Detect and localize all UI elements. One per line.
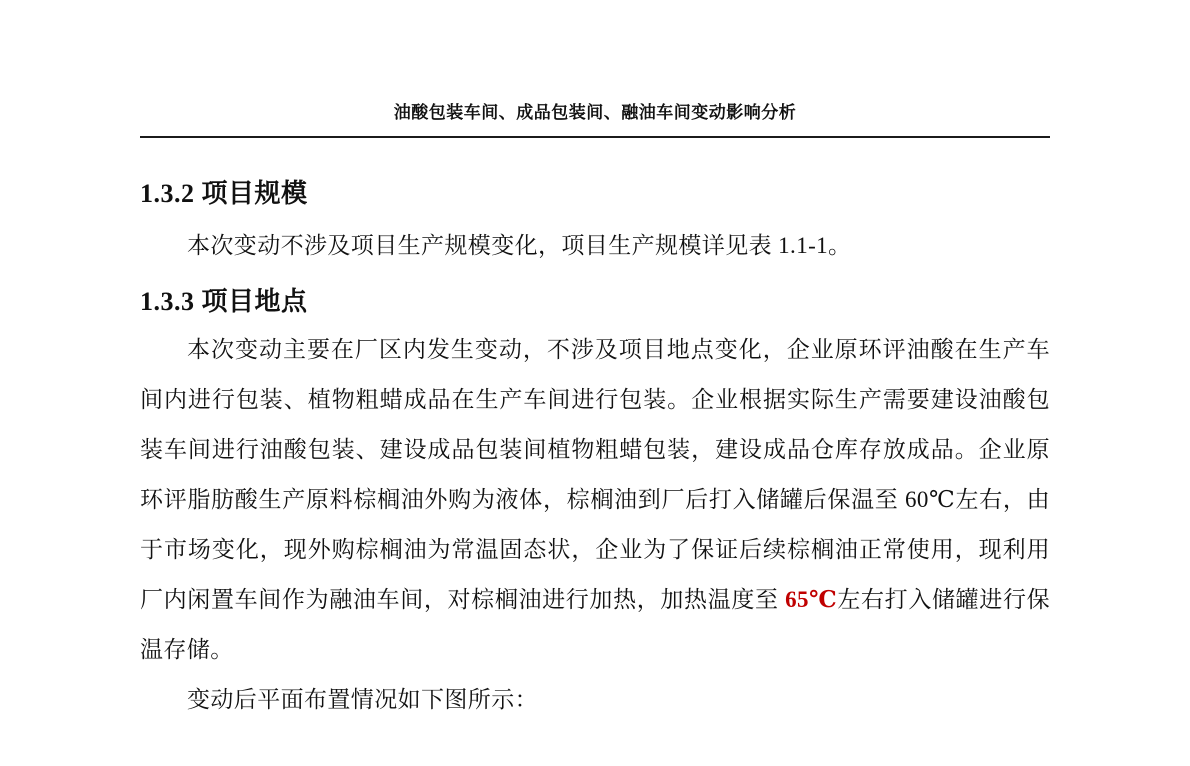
document-body: 1.3.2 项目规模 本次变动不涉及项目生产规模变化，项目生产规模详见表 1.1… xyxy=(140,179,1050,725)
paragraph-project-location: 本次变动主要在厂区内发生变动，不涉及项目地点变化，企业原环评油酸在生产车间内进行… xyxy=(140,325,1050,675)
section-heading-1-3-3: 1.3.3 项目地点 xyxy=(140,287,1050,317)
section-heading-1-3-2: 1.3.2 项目规模 xyxy=(140,179,1050,209)
paragraph-text-normal: 本次变动主要在厂区内发生变动，不涉及项目地点变化，企业原环评油酸在生产车间内进行… xyxy=(140,337,1050,612)
paragraph-project-scale: 本次变动不涉及项目生产规模变化，项目生产规模详见表 1.1-1。 xyxy=(140,221,1050,271)
document-page: 油酸包装车间、成品包装间、融油车间变动影响分析 1.3.2 项目规模 本次变动不… xyxy=(0,0,1190,766)
header-rule-divider xyxy=(140,136,1050,138)
paragraph-layout-intro: 变动后平面布置情况如下图所示： xyxy=(140,675,1050,725)
temperature-highlight-red: 65℃ xyxy=(785,587,837,612)
page-header-title: 油酸包装车间、成品包装间、融油车间变动影响分析 xyxy=(140,0,1050,125)
